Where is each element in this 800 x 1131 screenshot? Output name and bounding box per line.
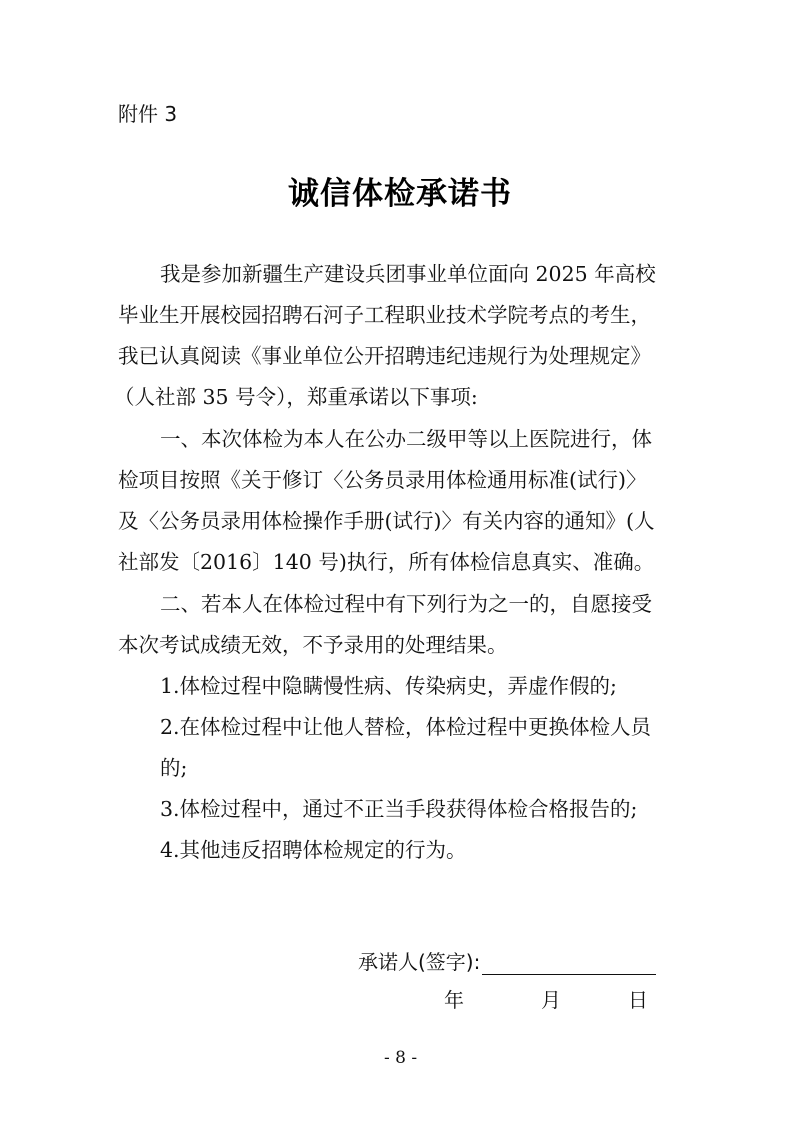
body-line: 检项目按照《关于修订〈公务员录用体检通用标准(试行)〉 [118,463,647,493]
signature-field[interactable] [482,952,656,975]
date-year-label: 年 [444,984,464,1013]
list-item: 2.在体检过程中让他人替检，体检过程中更换体检人员 [160,710,651,740]
body-line: 社部发〔2016〕140 号)执行，所有体检信息真实、准确。 [118,545,654,575]
list-item: 4.其他违反招聘体检规定的行为。 [160,833,467,863]
list-item-continued: 的; [160,751,187,781]
list-item: 3.体检过程中，通过不正当手段获得体检合格报告的; [160,792,637,822]
list-item: 1.体检过程中隐瞒慢性病、传染病史，弄虚作假的; [160,669,617,699]
body-line: 本次考试成绩无效，不予录用的处理结果。 [118,628,508,658]
body-line: （人社部 35 号令），郑重承诺以下事项: [114,380,478,410]
document-page: 附件 3 诚信体检承诺书 我是参加新疆生产建设兵团事业单位面向 2025 年高校… [0,0,800,1131]
body-line: 及〈公务员录用体检操作手册(试行)〉有关内容的通知》(人 [118,504,655,534]
attachment-label: 附件 3 [118,98,177,127]
body-line: 二、若本人在体检过程中有下列行为之一的，自愿接受 [160,587,652,617]
page-number: - 8 - [384,1048,417,1068]
body-line: 毕业生开展校园招聘石河子工程职业技术学院考点的考生， [118,298,651,328]
date-day-label: 日 [628,984,648,1013]
body-line: 我是参加新疆生产建设兵团事业单位面向 2025 年高校 [160,257,656,287]
date-month-label: 月 [541,984,561,1013]
signature-row: 承诺人(签字): [358,946,656,975]
body-line: 我已认真阅读《事业单位公开招聘违纪违规行为处理规定》 [118,339,651,369]
signature-label: 承诺人(签字): [358,946,480,975]
document-title: 诚信体检承诺书 [0,168,800,213]
body-line: 一、本次体检为本人在公办二级甲等以上医院进行，体 [160,422,652,452]
